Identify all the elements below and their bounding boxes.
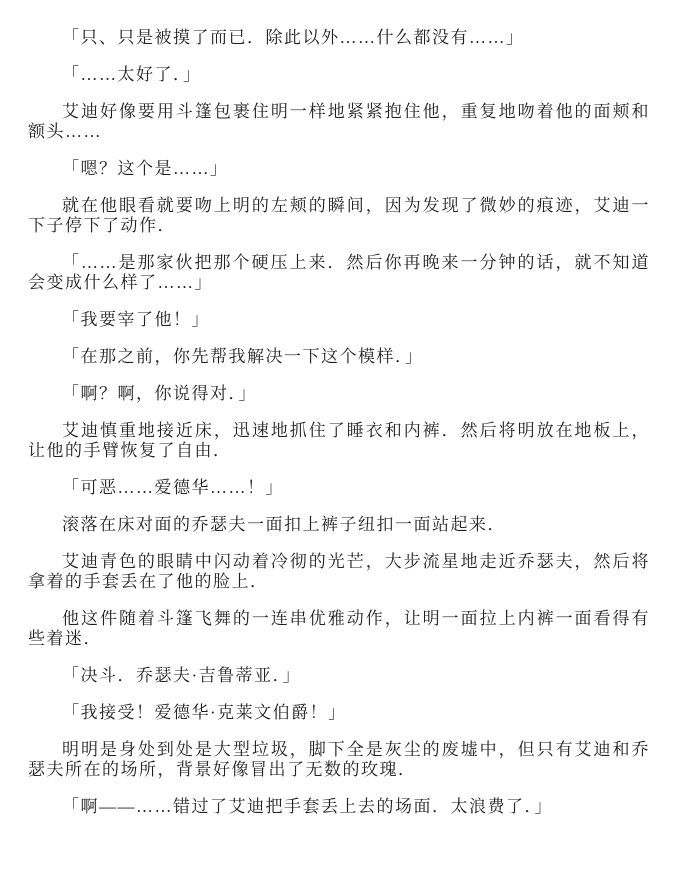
paragraph: 滚落在床对面的乔瑟夫一面扣上裤子纽扣一面站起来． [28, 515, 650, 535]
paragraph: 「啊——……错过了艾迪把手套丢上去的场面．太浪费了．」 [28, 797, 650, 817]
paragraph: 「我接受！爱德华·克莱文伯爵！」 [28, 703, 650, 723]
paragraph: 「嗯？这个是……」 [28, 159, 650, 179]
paragraph: 他这件随着斗篷飞舞的一连串优雅动作，让明一面拉上内裤一面看得有些着迷． [28, 609, 650, 649]
paragraph: 「……是那家伙把那个硬压上来．然后你再晚来一分钟的话，就不知道会变成什么样了……… [28, 253, 650, 293]
paragraph: 明明是身处到处是大型垃圾，脚下全是灰尘的废墟中，但只有艾迪和乔瑟夫所在的场所，背… [28, 740, 650, 780]
page-text: 「只、只是被摸了而已．除此以外……什么都没有……」「……太好了．」艾迪好像要用斗… [28, 28, 650, 817]
paragraph: 「可恶……爱德华……！」 [28, 478, 650, 498]
paragraph: 「……太好了．」 [28, 65, 650, 85]
scanned-book-page-background: { "page": { "background_color": "#ffffff… [0, 0, 680, 880]
paragraph: 「我要宰了他！」 [28, 310, 650, 330]
paragraph: 就在他眼看就要吻上明的左颊的瞬间，因为发现了微妙的痕迹，艾迪一下子停下了动作． [28, 196, 650, 236]
paragraph: 艾迪好像要用斗篷包裹住明一样地紧紧抱住他，重复地吻着他的面颊和额头…… [28, 102, 650, 142]
paragraph: 艾迪慎重地接近床，迅速地抓住了睡衣和内裤．然后将明放在地板上，让他的手臂恢复了自… [28, 421, 650, 461]
paragraph: 「决斗．乔瑟夫·吉鲁蒂亚．」 [28, 666, 650, 686]
paragraph: 「啊？啊，你说得对．」 [28, 384, 650, 404]
paragraph: 「在那之前，你先帮我解决一下这个模样．」 [28, 347, 650, 367]
document-page: 「只、只是被摸了而已．除此以外……什么都没有……」「……太好了．」艾迪好像要用斗… [0, 0, 680, 880]
paragraph: 艾迪青色的眼睛中闪动着冷彻的光芒，大步流星地走近乔瑟夫，然后将拿着的手套丢在了他… [28, 552, 650, 592]
paragraph: 「只、只是被摸了而已．除此以外……什么都没有……」 [28, 28, 650, 48]
